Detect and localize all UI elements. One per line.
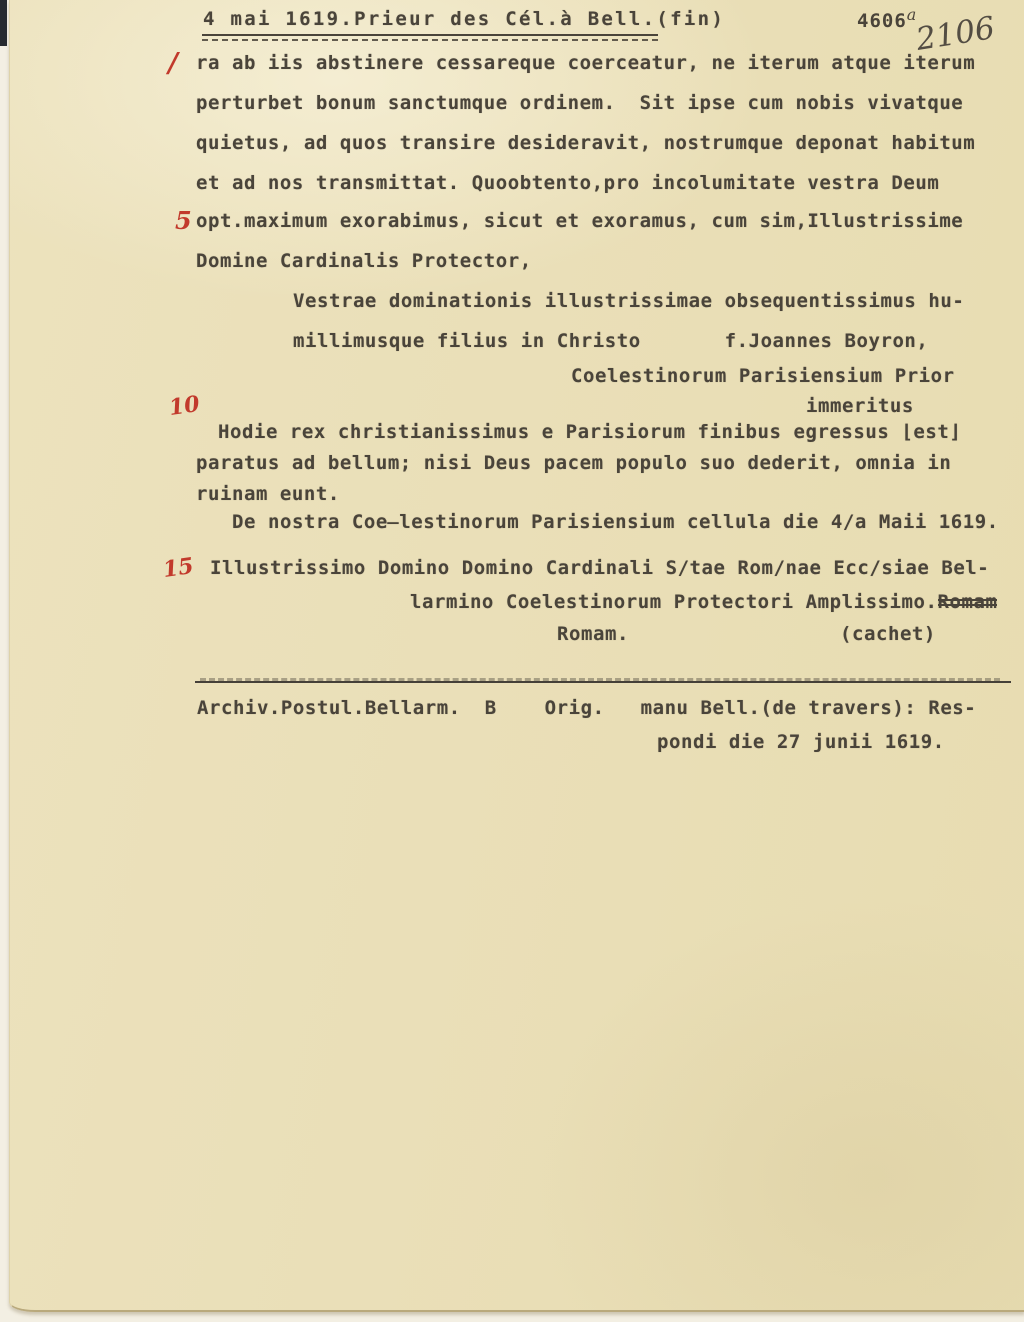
- typed-line: Romam.: [557, 625, 629, 644]
- cachet-note: (cachet): [840, 625, 936, 644]
- header-underline: [202, 34, 658, 36]
- typed-line: Vestrae dominationis illustrissimae obse…: [293, 292, 964, 311]
- header-suffix: (fin): [656, 8, 725, 30]
- struck-word: Romam: [938, 591, 998, 613]
- catalog-reference: 4606a: [857, 10, 917, 32]
- scanned-document: 4 mai 1619.Prieur des Cél.à Bell.(fin) 4…: [0, 0, 1024, 1322]
- margin-mark-line-5: 5: [175, 206, 192, 235]
- divider-rule: [195, 681, 1011, 683]
- typed-line: ra ab iis abstinere cessareque coerceatu…: [196, 54, 975, 73]
- divider-rule-dashes: [200, 678, 1000, 681]
- typed-line: Domine Cardinalis Protector,: [196, 252, 532, 271]
- typed-line: De nostra Coe̶lestinorum Parisiensium ce…: [232, 513, 999, 532]
- header-line: 4 mai 1619.Prieur des Cél.à Bell.(fin): [203, 10, 725, 29]
- typed-line: perturbet bonum sanctumque ordinem. Sit …: [196, 94, 963, 113]
- paper-sheet: [9, 0, 1024, 1312]
- typed-line: larmino Coelestinorum Protectori Ampliss…: [410, 593, 997, 612]
- typed-line: et ad nos transmittat. Quoobtento,pro in…: [196, 174, 939, 193]
- catalog-number: 4606: [857, 10, 907, 32]
- typed-line: immeritus: [806, 397, 914, 416]
- scan-corner-shadow: [0, 0, 7, 46]
- typed-line: Illustrissimo Domino Domino Cardinali S/…: [210, 559, 989, 578]
- margin-mark-line-1: /: [168, 48, 178, 79]
- typed-line: millimusque filius in Christo f.Joannes …: [293, 332, 928, 351]
- typed-line: quietus, ad quos transire desideravit, n…: [196, 134, 975, 153]
- margin-mark-line-15: 15: [161, 553, 195, 583]
- typed-line: Coelestinorum Parisiensium Prior: [571, 367, 955, 386]
- archive-note-line: pondi die 27 junii 1619.: [657, 733, 945, 752]
- typed-line: paratus ad bellum; nisi Deus pacem popul…: [196, 454, 951, 473]
- typed-line: ruinam eunt.: [196, 485, 340, 504]
- typed-line: Hodie rex christianissimus e Parisiorum …: [218, 423, 961, 442]
- header-title: 4 mai 1619.Prieur des Cél.à Bell.: [203, 8, 656, 30]
- archive-note-line: Archiv.Postul.Bellarm. B Orig. manu Bell…: [197, 699, 976, 718]
- address-line: larmino Coelestinorum Protectori Ampliss…: [410, 591, 938, 613]
- header-underline-dashes: [202, 39, 658, 41]
- typed-line: opt.maximum exorabimus, sicut et exoramu…: [196, 212, 963, 231]
- margin-mark-line-10: 10: [167, 391, 201, 421]
